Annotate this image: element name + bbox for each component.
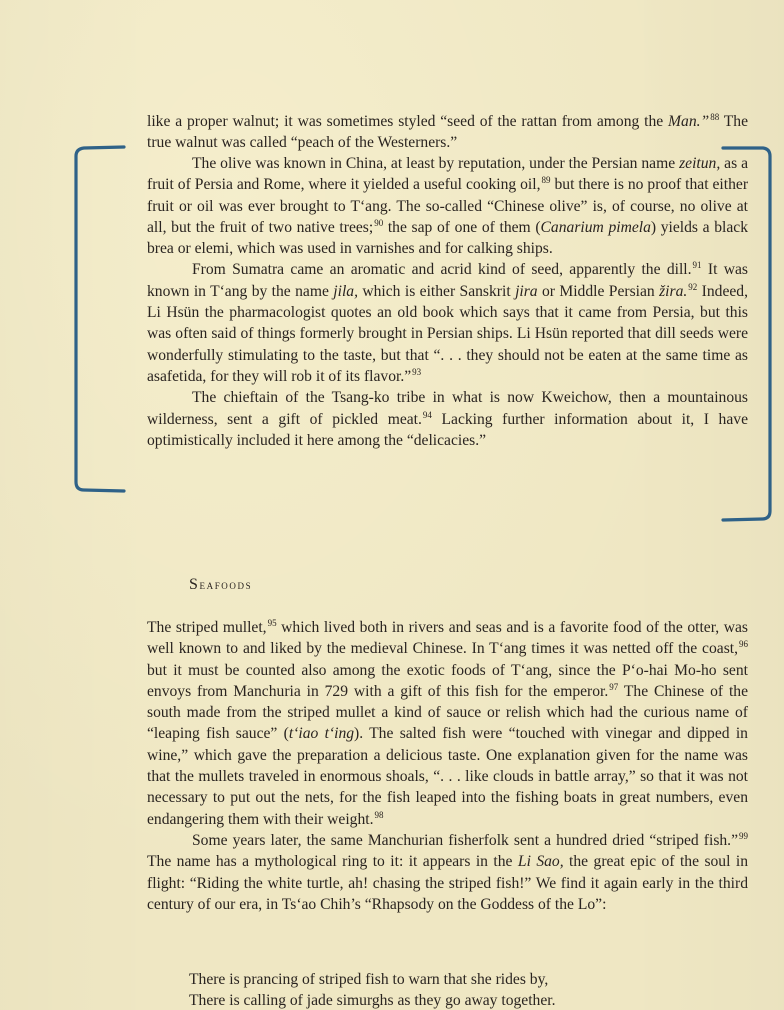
- verse-line: There is prancing of striped fish to war…: [189, 969, 749, 990]
- paragraph-pickled-meat: The chieftain of the Tsang-ko tribe in w…: [147, 387, 748, 451]
- footnote-ref: 94: [423, 410, 432, 420]
- paragraph-striped-mullet: The striped mullet,95 which lived both i…: [147, 617, 748, 830]
- bracketed-passage: The olive was known in China, at least b…: [147, 153, 748, 451]
- verse-line: There is calling of jade simurghs as the…: [189, 990, 749, 1010]
- section-heading-seafoods: Seafoods: [189, 576, 252, 594]
- seafoods-body: The striped mullet,95 which lived both i…: [147, 617, 748, 915]
- footnote-ref: 99: [739, 831, 748, 841]
- footnote-ref: 88: [710, 112, 719, 122]
- paragraph-dried-fish: Some years later, the same Manchurian fi…: [147, 830, 748, 915]
- footnote-ref: 96: [739, 639, 748, 649]
- paragraph-olive: The olive was known in China, at least b…: [147, 153, 748, 259]
- verse-quotation: There is prancing of striped fish to war…: [189, 969, 749, 1010]
- footnote-ref: 98: [374, 810, 383, 820]
- intro-paragraph-block: like a proper walnut; it was sometimes s…: [147, 111, 748, 154]
- paragraph-dill: From Sumatra came an aromatic and acrid …: [147, 259, 748, 387]
- footnote-ref: 90: [374, 218, 383, 228]
- footnote-ref: 95: [268, 618, 277, 628]
- footnote-ref: 92: [688, 282, 697, 292]
- footnote-ref: 93: [412, 367, 421, 377]
- paragraph-walnut: like a proper walnut; it was sometimes s…: [147, 111, 748, 154]
- footnote-ref: 89: [542, 175, 551, 185]
- footnote-ref: 91: [693, 260, 702, 270]
- running-head: Foods: [647, 62, 784, 80]
- footnote-ref: 97: [609, 682, 618, 692]
- left-bracket-annotation: [70, 142, 130, 498]
